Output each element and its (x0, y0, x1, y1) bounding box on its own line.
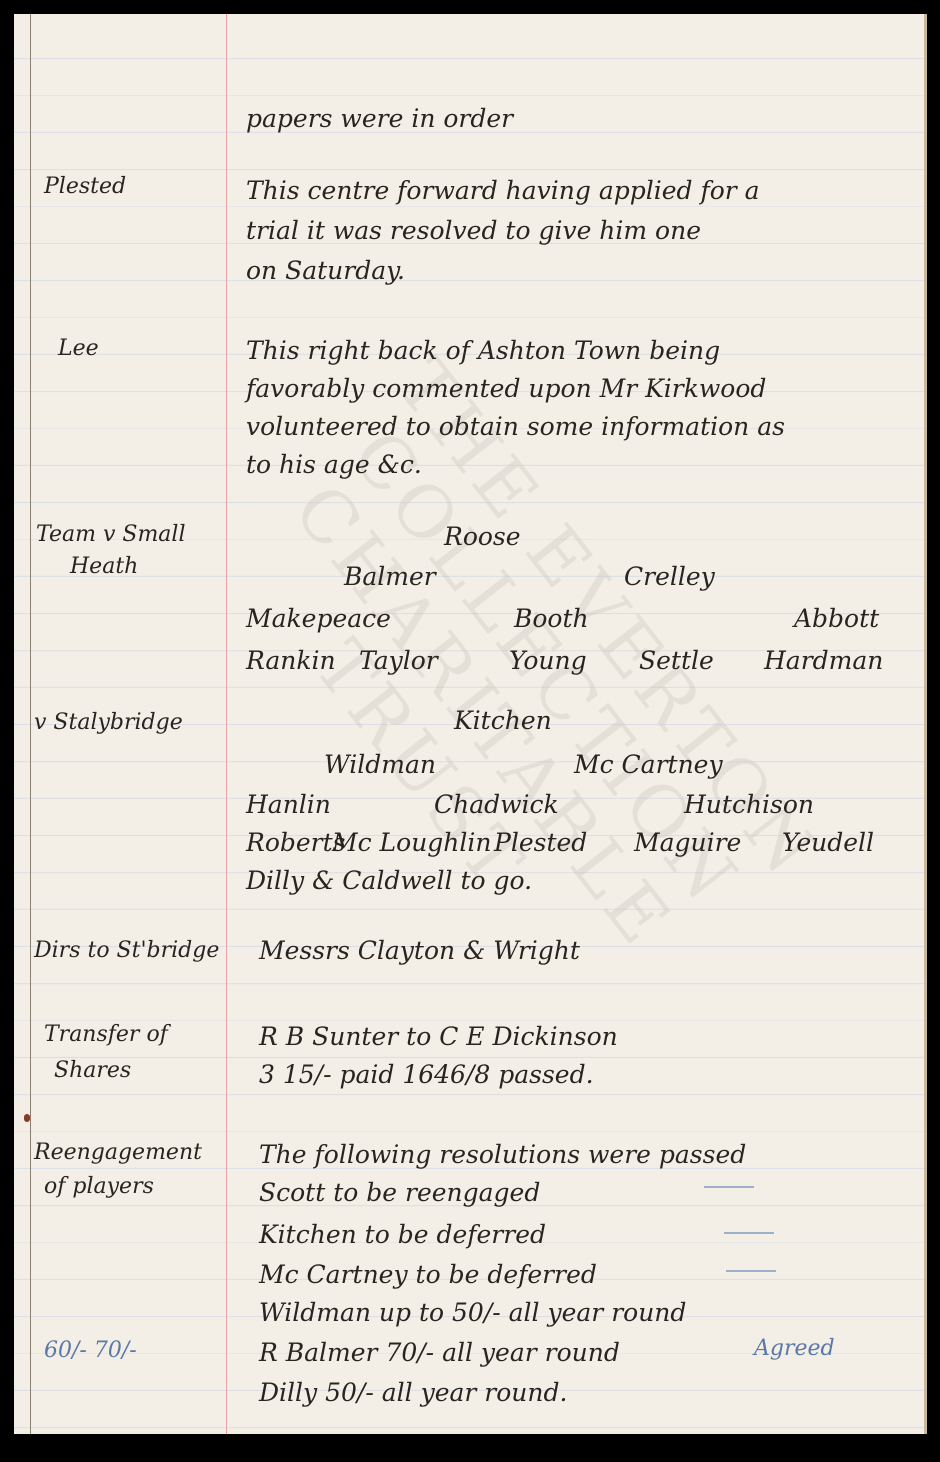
entry-line: trial it was resolved to give him one (246, 216, 701, 245)
player-half: Hanlin (246, 790, 331, 819)
player-half: Makepeace (246, 604, 391, 633)
tick-mark (724, 1232, 774, 1234)
entry-label-team-small-heath: Team v Small (36, 522, 186, 547)
entry-label-team-small-heath-2: Heath (70, 554, 138, 579)
entry-line: Messrs Clayton & Wright (259, 936, 580, 965)
player-half: Hutchison (684, 790, 814, 819)
entry-line: Wildman up to 50/- all year round (259, 1298, 686, 1327)
entry-line: to his age &c. (246, 450, 422, 479)
player-back: Wildman (324, 750, 436, 779)
entry-line: The following resolutions were passed (259, 1140, 746, 1169)
player-forward: Plested (494, 828, 587, 857)
tick-mark (704, 1186, 754, 1188)
player-forward: Rankin (246, 646, 336, 675)
entry-line: This centre forward having applied for a (246, 176, 760, 205)
entry-line: 3 15/- paid 1646/8 passed. (259, 1060, 594, 1089)
player-back: Crelley (624, 562, 715, 591)
tick-mark (726, 1270, 776, 1272)
ink-spot (24, 1114, 30, 1122)
player-half: Chadwick (434, 790, 559, 819)
continuation-text: papers were in order (246, 104, 513, 133)
entry-line: volunteered to obtain some information a… (246, 412, 785, 441)
entry-label-reengagement: Reengagement (34, 1140, 202, 1165)
team-note: Dilly & Caldwell to go. (246, 866, 532, 895)
entry-label-plested: Plested (44, 174, 126, 199)
entry-line: R Balmer 70/- all year round (259, 1338, 620, 1367)
entry-label-lee: Lee (58, 336, 99, 361)
entry-line: Kitchen to be deferred (259, 1220, 546, 1249)
player-goal: Roose (444, 522, 521, 551)
player-forward: Mc Loughlin (332, 828, 492, 857)
player-back: Mc Cartney (574, 750, 723, 779)
player-back: Balmer (344, 562, 436, 591)
player-forward: Roberts (246, 828, 346, 857)
entry-line: Scott to be reengaged (259, 1178, 540, 1207)
red-margin-rule (226, 14, 227, 1434)
margin-note: 60/- 70/- (44, 1338, 137, 1363)
entry-label-transfer: Transfer of (44, 1022, 168, 1047)
entry-label-reengagement-2: of players (44, 1174, 154, 1199)
left-binding-rule (30, 14, 31, 1434)
entry-line: favorably commented upon Mr Kirkwood (246, 374, 766, 403)
player-forward: Young (509, 646, 587, 675)
entry-line: on Saturday. (246, 256, 405, 285)
player-forward: Taylor (359, 646, 438, 675)
player-half: Abbott (794, 604, 879, 633)
player-forward: Hardman (764, 646, 883, 675)
player-forward: Maguire (634, 828, 741, 857)
entry-line: R B Sunter to C E Dickinson (259, 1022, 618, 1051)
entry-label-transfer-2: Shares (54, 1058, 131, 1083)
entry-label-stalybridge: v Stalybridge (34, 710, 183, 735)
player-forward: Yeudell (782, 828, 874, 857)
entry-line: This right back of Ashton Town being (246, 336, 720, 365)
entry-line: Dilly 50/- all year round. (259, 1378, 567, 1407)
minute-book-page: THE EVERTON COLLECTION CHARITABLE TRUST … (14, 14, 927, 1434)
player-goal: Kitchen (454, 706, 552, 735)
entry-line: Mc Cartney to be deferred (259, 1260, 597, 1289)
player-forward: Settle (639, 646, 714, 675)
player-half: Booth (514, 604, 589, 633)
entry-label-directors: Dirs to St'bridge (34, 938, 219, 963)
side-note: Agreed (754, 1336, 835, 1361)
